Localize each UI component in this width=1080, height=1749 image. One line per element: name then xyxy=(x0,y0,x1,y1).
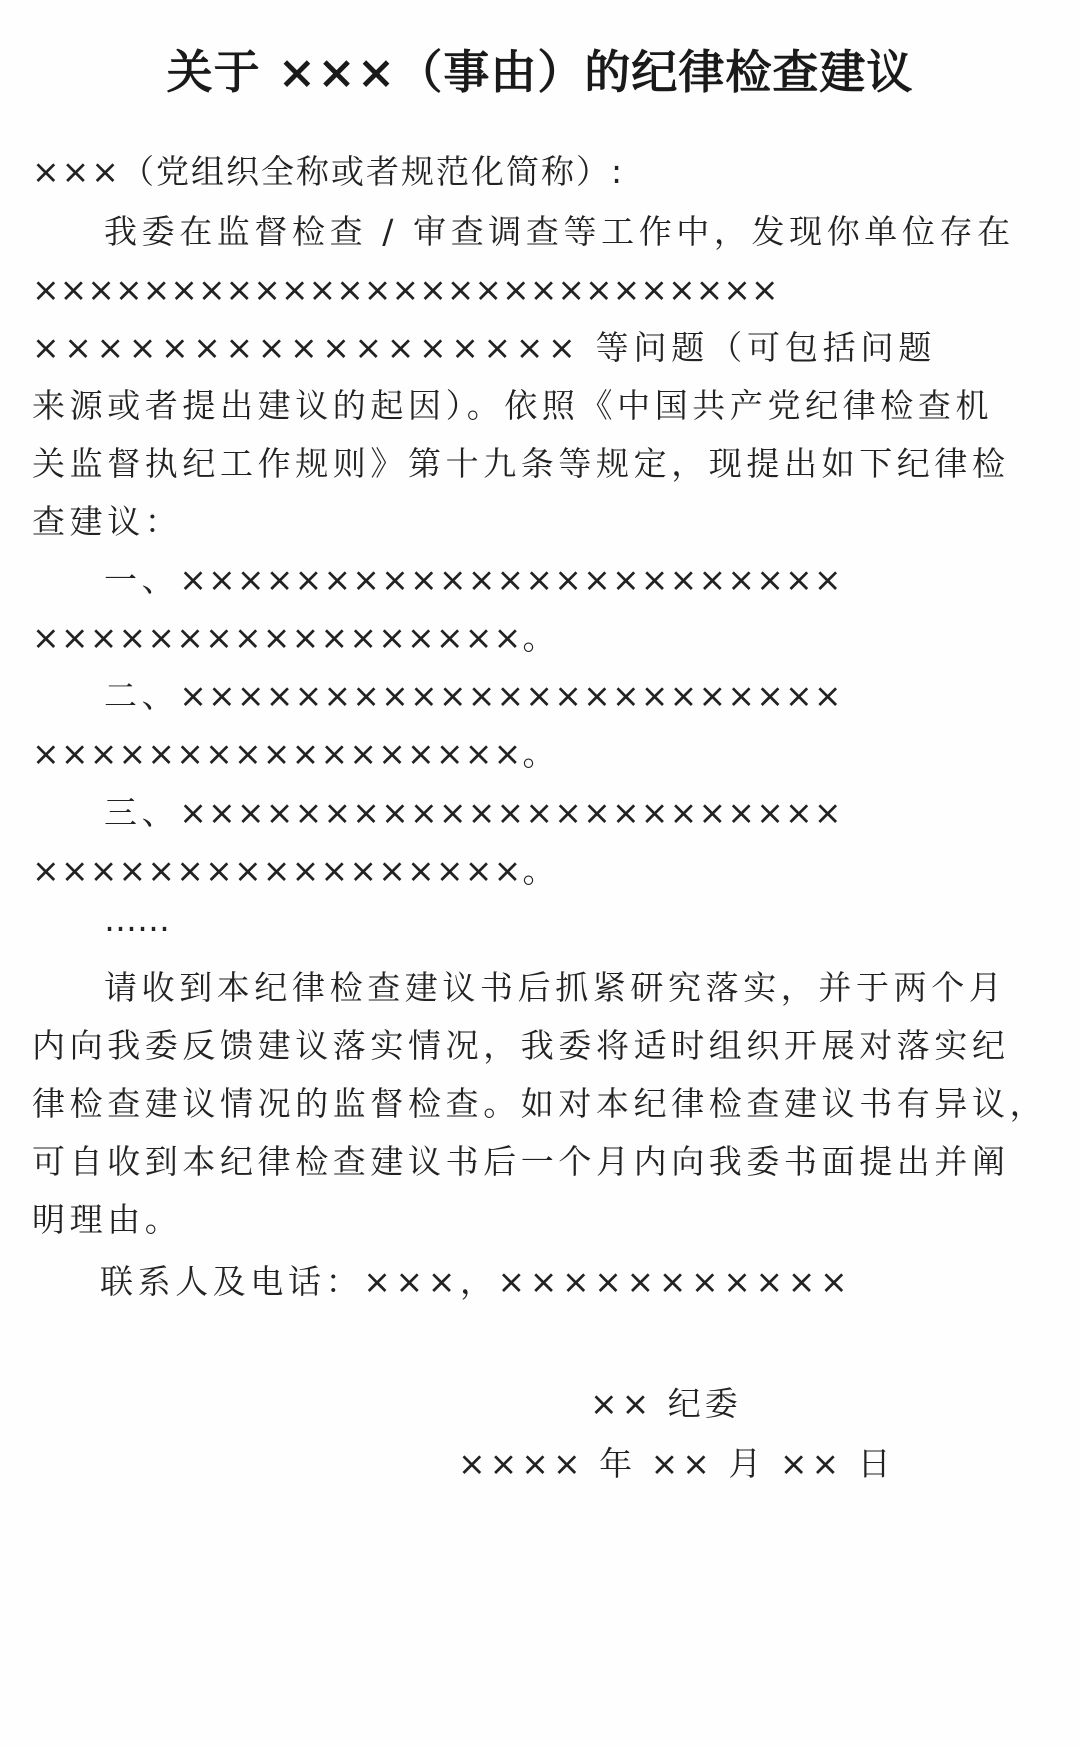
recommendation-text: ××××××××××××××××××××××× xyxy=(179,560,843,599)
recommendation-continuation: ×××××××××××××××××。 xyxy=(32,851,1042,891)
contact-info: 联系人及电话：×××，××××××××××× xyxy=(100,1262,1080,1302)
document-title: 关于 ×××（事由）的纪律检查建议 xyxy=(0,36,1080,102)
recommendation-continuation: ×××××××××××××××××。 xyxy=(32,618,1042,658)
intro-line-2: ××××××××××××××××××××××××××× xyxy=(32,270,936,310)
intro-line-6: 查建议： xyxy=(32,502,1042,542)
recommendation-item: 三、××××××××××××××××××××××× xyxy=(104,793,936,833)
closing-line-2: 内向我委反馈建议落实情况，我委将适时组织开展对落实纪 xyxy=(32,1026,936,1066)
recommendation-number: 二、 xyxy=(104,676,179,715)
signature-organization: ×× 纪委 xyxy=(590,1378,742,1425)
closing-line-1: 请收到本纪律检查建议书后抓紧研究落实，并于两个月 xyxy=(104,968,936,1008)
recommendation-item: 一、××××××××××××××××××××××× xyxy=(104,560,936,600)
document-page: 关于 ×××（事由）的纪律检查建议 ×××（党组织全称或者规范化简称）: 我委在… xyxy=(0,0,1080,1749)
closing-line-5: 明理由。 xyxy=(32,1200,1042,1240)
intro-line-4: 来源或者提出建议的起因）。依照《中国共产党纪律检查机 xyxy=(32,386,936,426)
recommendation-text: ××××××××××××××××××××××× xyxy=(179,793,843,832)
recommendation-number: 三、 xyxy=(104,793,179,832)
recommendation-text: ××××××××××××××××××××××× xyxy=(179,676,843,715)
intro-line-3: ××××××××××××××××× 等问题（可包括问题 xyxy=(32,328,936,368)
closing-line-4: 可自收到本纪律检查建议书后一个月内向我委书面提出并阐 xyxy=(32,1142,936,1182)
intro-line-1: 我委在监督检查 / 审查调查等工作中，发现你单位存在 xyxy=(104,212,936,252)
intro-line-5: 关监督执纪工作规则》第十九条等规定，现提出如下纪律检 xyxy=(32,444,936,484)
recommendation-continuation: ×××××××××××××××××。 xyxy=(32,734,1042,774)
ellipsis: …… xyxy=(104,900,1080,940)
closing-line-3: 律检查建议情况的监督检查。如对本纪律检查建议书有异议， xyxy=(32,1084,936,1124)
recommendation-item: 二、××××××××××××××××××××××× xyxy=(104,676,936,716)
signature-date: ×××× 年 ×× 月 ×× 日 xyxy=(458,1438,895,1485)
salutation: ×××（党组织全称或者规范化简称）: xyxy=(32,152,1042,192)
recommendation-number: 一、 xyxy=(104,560,179,599)
